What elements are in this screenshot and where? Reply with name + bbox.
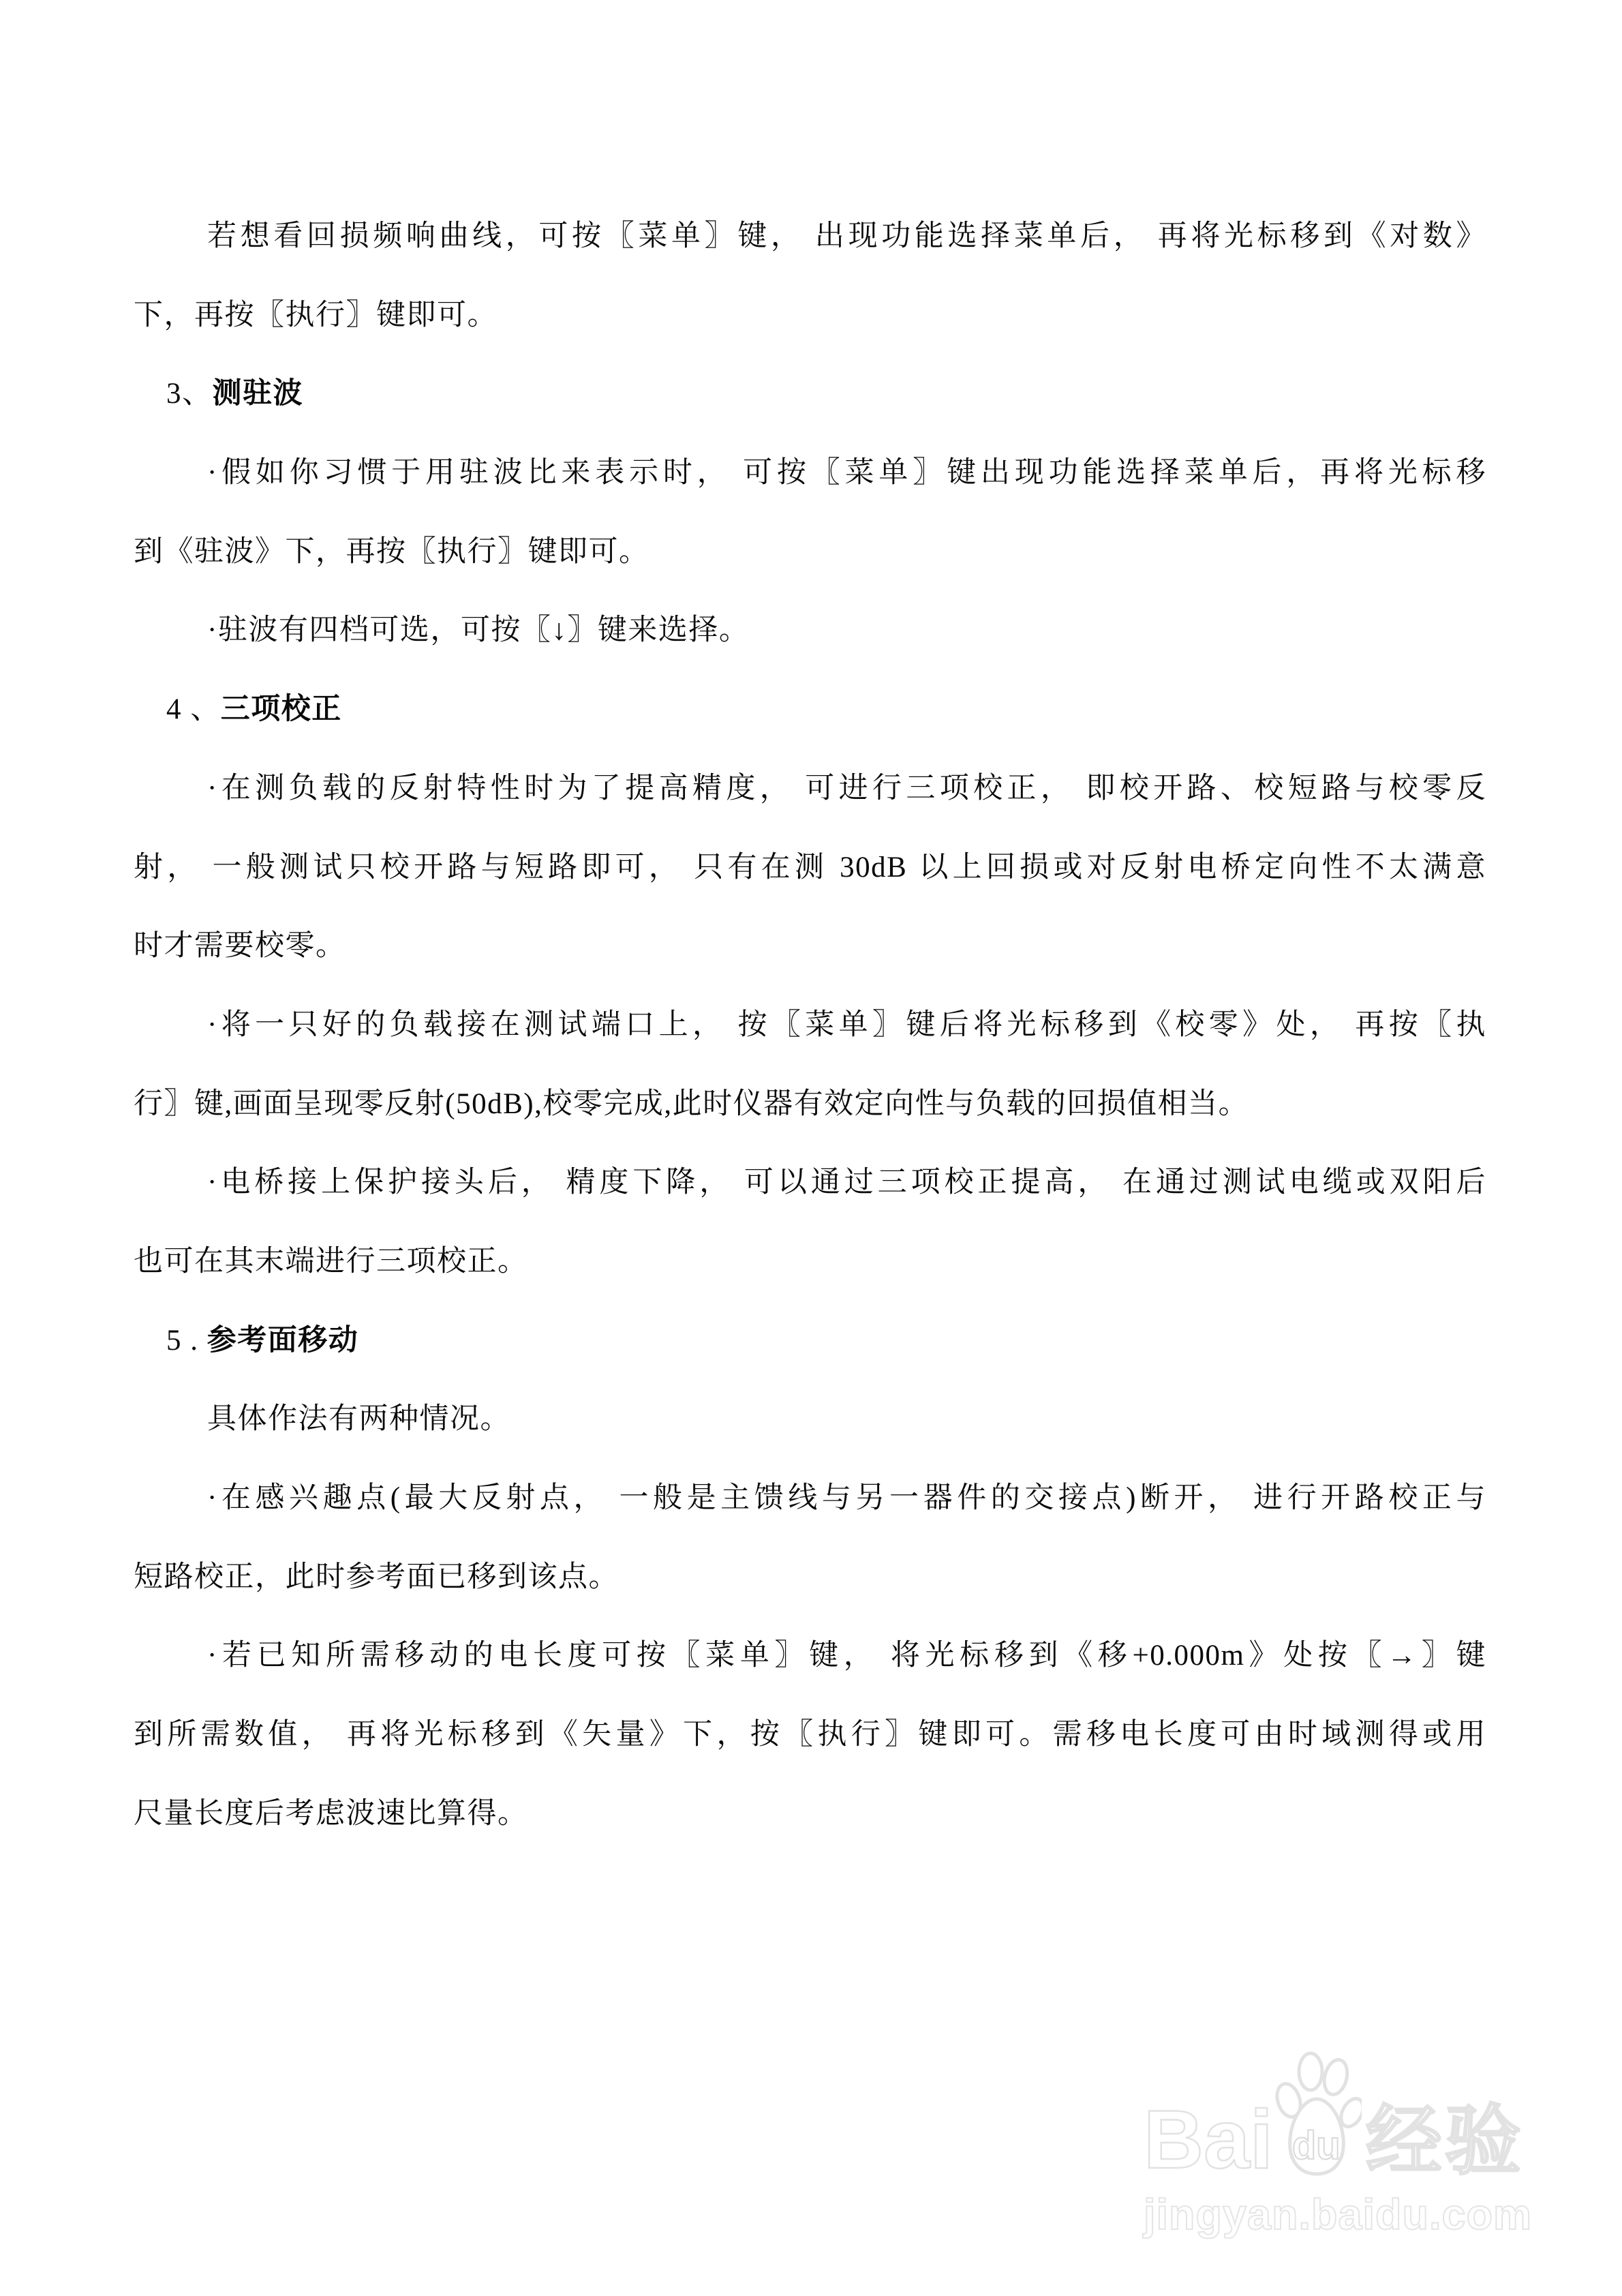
text-line: 到《驻波》下，再按〖执行〗键即可。 (134, 513, 1486, 592)
document-lines: 若想看回损频响曲线，可按〖菜单〗键， 出现功能选择菜单后， 再将光标移到《对数》… (134, 197, 1486, 1853)
document-page: 若想看回损频响曲线，可按〖菜单〗键， 出现功能选择菜单后， 再将光标移到《对数》… (0, 0, 1622, 2296)
text-line: 下，再按〖执行〗键即可。 (134, 276, 1486, 355)
baidu-logo-bai: Bai (1144, 2100, 1273, 2179)
text-line: 到所需数值， 再将光标移到《矢量》下，按〖执行〗键即可。需移电长度可由时域测得或… (134, 1695, 1486, 1774)
text-line: 尺量长度后考虑波速比算得。 (134, 1774, 1486, 1854)
text-line: ·在测负载的反射特性时为了提高精度， 可进行三项校正， 即校开路、校短路与校零反 (134, 749, 1486, 828)
text-line: ·驻波有四档可选，可按〖↓〗键来选择。 (134, 591, 1486, 670)
text-line: ·在感兴趣点(最大反射点， 一般是主馈线与另一器件的交接点)断开， 进行开路校正… (134, 1459, 1486, 1538)
text-line: ·电桥接上保护接头后， 精度下降， 可以通过三项校正提高， 在通过测试电缆或双阳… (134, 1143, 1486, 1222)
section-heading: 3、测驻波 (134, 354, 1486, 434)
baidu-paw-icon: du (1272, 2051, 1362, 2179)
baidu-jingyan-watermark: Bai du 经验 jingyan.baidu.com (1144, 2049, 1566, 2239)
watermark-domain: jingyan.baidu.com (1144, 2190, 1566, 2239)
section-heading: 5 . 参考面移动 (134, 1301, 1486, 1380)
baidu-logo-jingyan: 经验 (1366, 2103, 1524, 2179)
baidu-logo-du: du (1292, 2126, 1341, 2166)
text-line: ·假如你习惯于用驻波比来表示时， 可按〖菜单〗键出现功能选择菜单后，再将光标移 (134, 434, 1486, 513)
text-line: 短路校正，此时参考面已移到该点。 (134, 1538, 1486, 1617)
text-line: ·将一只好的负载接在测试端口上， 按〖菜单〗键后将光标移到《校零》处， 再按〖执 (134, 986, 1486, 1065)
baidu-logo: Bai du 经验 (1144, 2049, 1566, 2179)
text-line: ·若已知所需移动的电长度可按〖菜单〗键， 将光标移到《移+0.000m》处按〖→… (134, 1616, 1486, 1695)
text-line: 若想看回损频响曲线，可按〖菜单〗键， 出现功能选择菜单后， 再将光标移到《对数》 (134, 197, 1486, 276)
text-line: 具体作法有两种情况。 (134, 1380, 1486, 1459)
text-line: 也可在其末端进行三项校正。 (134, 1222, 1486, 1301)
text-line: 行〗键,画面呈现零反射(50dB),校零完成,此时仪器有效定向性与负载的回损值相… (134, 1065, 1486, 1144)
text-line: 射， 一般测试只校开路与短路即可， 只有在测 30dB 以上回损或对反射电桥定向… (134, 828, 1486, 907)
text-line: 时才需要校零。 (134, 907, 1486, 986)
section-heading: 4 、三项校正 (134, 670, 1486, 749)
